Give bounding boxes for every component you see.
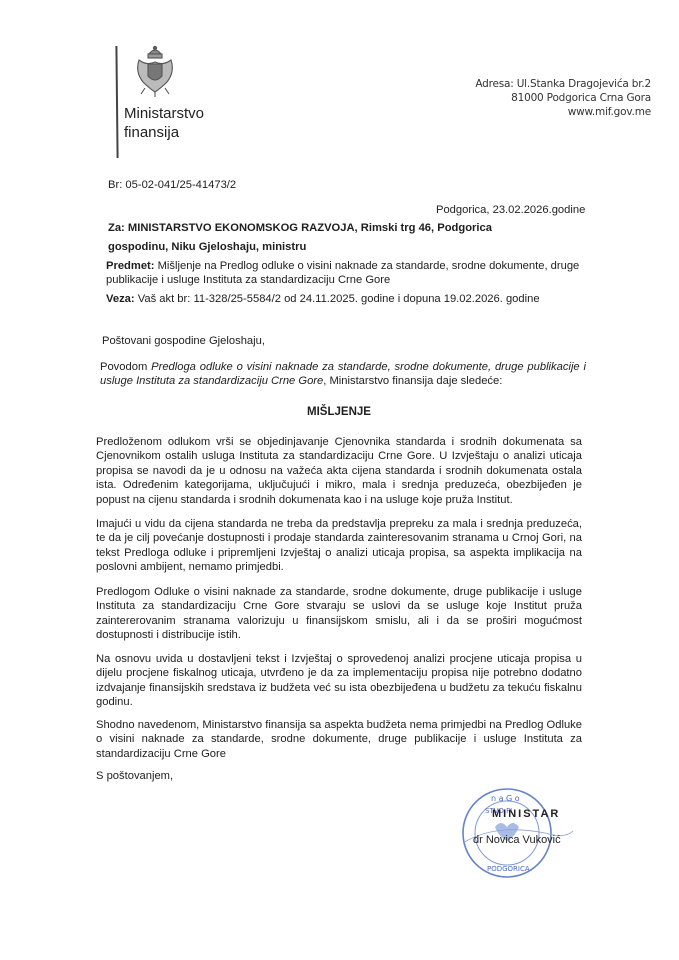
paragraph-3: Predlogom Odluke o visini naknade za sta… bbox=[96, 585, 582, 643]
signatory-name: dr Novica Vuković bbox=[473, 834, 561, 846]
ministry-name: Ministarstvo finansija bbox=[124, 104, 204, 142]
coat-of-arms-icon bbox=[133, 44, 177, 98]
recipient-line2: gospodinu, Niku Gjeloshaju, ministru bbox=[108, 240, 306, 254]
intro-prefix: Povodom bbox=[100, 361, 151, 373]
subject-label: Predmet: bbox=[106, 260, 155, 272]
paragraph-4: Na osnovu uvida u dostavljeni tekst i Iz… bbox=[96, 652, 582, 710]
paragraph-1: Predloženom odlukom vrši se objedinjavan… bbox=[96, 435, 582, 507]
intro-suffix: , Ministarstvo finansija daje sledeće: bbox=[323, 375, 502, 387]
subject-line: Predmet: Mišljenje na Predlog odluke o v… bbox=[106, 260, 590, 287]
intro-paragraph: Povodom Predloga odluke o visini naknade… bbox=[100, 360, 586, 389]
reference-number: Br: 05-02-041/25-41473/2 bbox=[108, 178, 236, 192]
svg-text:n a G o: n a G o bbox=[491, 794, 520, 803]
official-stamp-icon: n a G o STVO FI PODGORICA bbox=[455, 783, 575, 883]
paragraph-5: Shodno navedenom, Ministarstvo finansija… bbox=[96, 718, 582, 761]
ministry-name-line2: finansija bbox=[124, 123, 204, 142]
address-city: 81000 Podgorica Crna Gora bbox=[475, 91, 651, 105]
website-link[interactable]: www.mif.gov.me bbox=[475, 105, 651, 119]
svg-text:PODGORICA: PODGORICA bbox=[487, 865, 530, 873]
link-text: Vaš akt br: 11-328/25-5584/2 od 24.11.20… bbox=[135, 293, 540, 305]
recipient-line1: Za: MINISTARSTVO EKONOMSKOG RAZVOJA, Rim… bbox=[108, 221, 492, 235]
address-street: Adresa: Ul.Stanka Dragojevića br.2 bbox=[475, 77, 651, 91]
place-date: Podgorica, 23.02.2026.godine bbox=[436, 203, 585, 217]
section-heading: MIŠLJENJE bbox=[96, 406, 582, 418]
signatory-title: MINISTAR bbox=[492, 808, 560, 820]
ministry-address: Adresa: Ul.Stanka Dragojevića br.2 81000… bbox=[475, 77, 651, 119]
salutation: Poštovani gospodine Gjeloshaju, bbox=[102, 334, 265, 348]
closing: S poštovanjem, bbox=[96, 769, 173, 783]
paragraph-2: Imajući u vidu da cijena standarda ne tr… bbox=[96, 517, 582, 575]
link-label: Veza: bbox=[106, 293, 135, 305]
letterhead-divider bbox=[115, 46, 118, 158]
subject-text: Mišljenje na Predlog odluke o visini nak… bbox=[106, 260, 579, 286]
ministry-name-line1: Ministarstvo bbox=[124, 104, 204, 123]
link-line: Veza: Vaš akt br: 11-328/25-5584/2 od 24… bbox=[106, 292, 540, 306]
